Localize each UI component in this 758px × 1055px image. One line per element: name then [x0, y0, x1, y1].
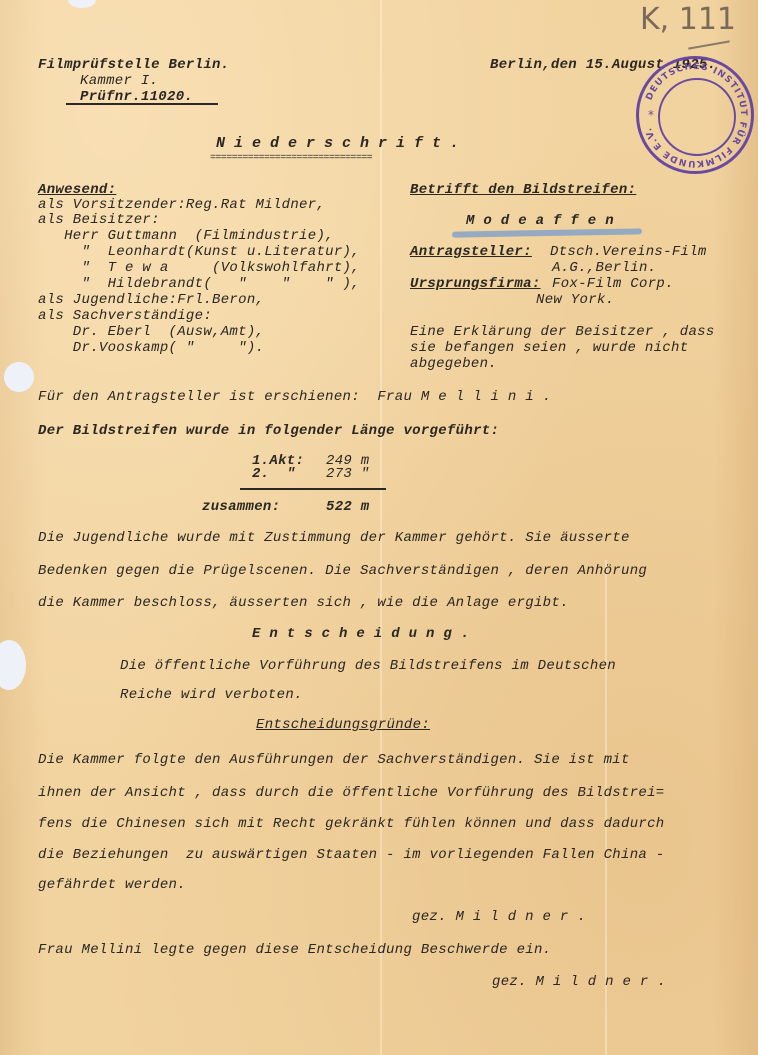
hearing-line: Die Jugendliche wurde mit Zustimmung der… [38, 531, 630, 546]
blue-pencil-underline [452, 228, 642, 237]
svg-text:*: * [648, 108, 654, 122]
signature-first: gez. M i l d n e r . [412, 910, 586, 925]
present-line: Herr Guttmann (Filmindustrie), [38, 229, 334, 244]
reasons-line: Die Kammer folgte den Ausführungen der S… [38, 753, 630, 768]
origin-label: Ursprungsfirma: [410, 277, 541, 292]
svg-text:DEUTSCHES INSTITUT FÜR FILMKUN: DEUTSCHES INSTITUT FÜR FILMKUNDE E.V. [644, 62, 748, 168]
exam-number-underline [66, 103, 218, 105]
declaration-line: abgegeben. [410, 357, 497, 372]
institute-stamp: DEUTSCHES INSTITUT FÜR FILMKUNDE E.V. * [636, 56, 754, 174]
handwritten-reference: K, 111 [640, 2, 736, 37]
present-line: als Jugendliche:Frl.Beron, [38, 293, 264, 308]
reasons-line: ihnen der Ansicht , dass durch die öffen… [38, 786, 665, 801]
reasons-line: fens die Chinesen sich mit Recht gekränk… [38, 817, 665, 832]
decision-heading: Entscheidung. [252, 627, 478, 642]
reasons-heading: Entscheidungsgründe: [256, 718, 430, 733]
present-line: " T e w a (Volkswohlfahrt), [38, 261, 360, 276]
punch-hole-left-1 [4, 362, 34, 392]
declaration-line: Eine Erklärung der Beisitzer , dass [410, 325, 715, 340]
title-double-underline: ============================== [210, 153, 372, 164]
handwritten-underline [688, 40, 730, 49]
present-line: " Leonhardt(Kunst u.Literatur), [38, 245, 360, 260]
present-line: als Sachverständige: [38, 309, 212, 324]
chamber-name: Kammer I. [80, 74, 158, 89]
applicant-city: A.G.,Berlin. [552, 261, 656, 276]
length-total-label: zusammen: [202, 500, 280, 515]
present-line: Dr. Eberl (Ausw,Amt), [38, 325, 264, 340]
film-title: Modeaffen [466, 214, 623, 229]
decision-line: Reiche wird verboten. [120, 688, 303, 703]
hearing-line: Bedenken gegen die Prügelscenen. Die Sac… [38, 564, 647, 579]
subject-heading: Betrifft den Bildstreifen: [410, 183, 636, 198]
decision-line: Die öffentliche Vorführung des Bildstrei… [120, 659, 616, 674]
length-total-value: 522 m [326, 500, 370, 515]
length-row-value: 273 " [326, 467, 370, 482]
reasons-line: die Beziehungen zu auswärtigen Staaten -… [38, 848, 665, 863]
present-line: als Vorsitzender:Reg.Rat Mildner, [38, 198, 325, 213]
punch-hole-left-2 [0, 640, 26, 690]
present-heading: Anwesend: [38, 183, 116, 198]
authority-name: Filmprüfstelle Berlin. [38, 58, 229, 73]
appearance-line: Für den Antragsteller ist erschienen: Fr… [38, 390, 551, 405]
declaration-line: sie befangen seien , wurde nicht [410, 341, 688, 356]
sum-rule [240, 488, 386, 490]
document-title: Niederschrift. [216, 136, 468, 151]
punch-hole-top [68, 0, 96, 8]
signature-second: gez. M i l d n e r . [492, 975, 666, 990]
hearing-line: die Kammer beschloss, äusserten sich , w… [38, 596, 569, 611]
length-row-label: 2. " [252, 467, 296, 482]
reasons-line: gefährdet werden. [38, 878, 186, 893]
stamp-text-ring: DEUTSCHES INSTITUT FÜR FILMKUNDE E.V. * [636, 56, 754, 174]
present-line: als Beisitzer: [38, 213, 160, 228]
applicant-value: Dtsch.Vereins-Film [550, 245, 707, 260]
present-line: " Hildebrandt( " " " ), [38, 277, 360, 292]
applicant-label: Antragsteller: [410, 245, 532, 260]
paper-fold-vertical [380, 0, 382, 1055]
origin-city: New York. [536, 293, 614, 308]
present-line: Dr.Vooskamp( " "). [38, 341, 264, 356]
appeal-line: Frau Mellini legte gegen diese Entscheid… [38, 943, 551, 958]
origin-value: Fox-Film Corp. [552, 277, 674, 292]
length-intro: Der Bildstreifen wurde in folgender Läng… [38, 424, 499, 439]
